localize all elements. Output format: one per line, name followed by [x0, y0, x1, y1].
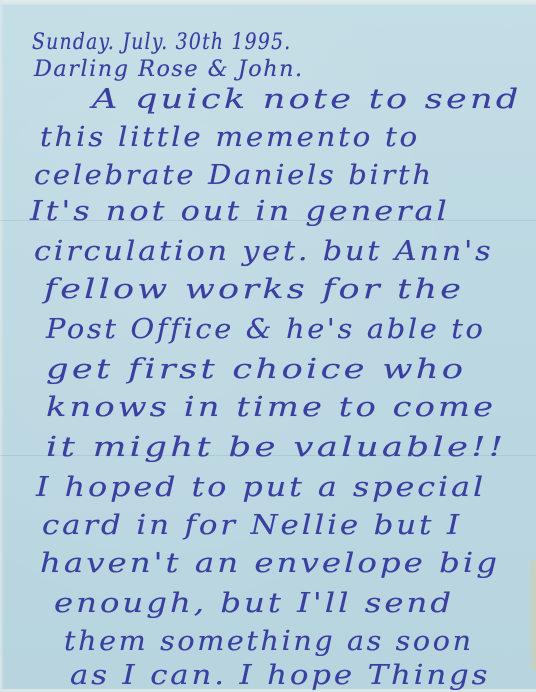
letter-salutation: Darling Rose & John.: [34, 57, 304, 82]
letter-line-3: A quick note to send: [92, 84, 522, 115]
letter-line-18: as I can. I hope Things: [70, 660, 490, 691]
letter-line-7: circulation yet. but Ann's: [34, 236, 493, 267]
letter-line-15: haven't an envelope big: [40, 548, 500, 579]
paper-stain: [528, 560, 536, 670]
letter-line-6: It's not out in general: [30, 196, 450, 227]
letter-line-10: get first choice who: [46, 354, 466, 385]
paper-left-edge: [0, 0, 4, 692]
letter-line-13: I hoped to put a special: [36, 472, 486, 503]
letter-line-17: them something as soon: [64, 626, 474, 657]
letter-line-14: card in for Nellie but I: [42, 510, 462, 541]
letter-line-4: this little memento to: [40, 122, 420, 153]
letter-date-line: Sunday. July. 30th 1995.: [32, 30, 292, 55]
letter-line-5: celebrate Daniels birth: [34, 160, 434, 191]
letter-line-8: fellow works for the: [44, 274, 464, 305]
letter-line-9: Post Office & he's able to: [46, 314, 486, 345]
letter-page: Sunday. July. 30th 1995. Darling Rose & …: [0, 0, 536, 692]
letter-line-12: it might be valuable!!: [46, 432, 506, 463]
letter-line-16: enough, but I'll send: [54, 588, 454, 619]
paper-top-edge: [0, 0, 536, 5]
letter-line-11: knows in time to come: [46, 392, 496, 423]
